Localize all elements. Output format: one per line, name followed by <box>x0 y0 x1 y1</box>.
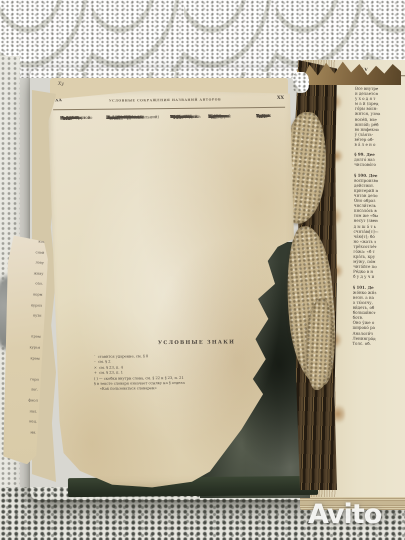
text-line: Толс. об. <box>352 340 404 346</box>
right-page: XXV Все внутреи делаетсяу х о д я тм а й… <box>351 68 405 505</box>
signs-title: УСЛОВНЫЕ ЗНАКИ <box>122 339 272 347</box>
page-number-right: XX <box>277 96 284 101</box>
text-line: Шуйск <box>256 113 270 118</box>
photo-old-book-on-lace: XXV Все внутреи делаетсяу х о д я тм а й… <box>0 0 405 540</box>
left-page-header: XX УСЛОВНЫЕ СОКРАЩЕНИЯ НАЗВАНИЙ АВТОРОВ … <box>55 96 285 106</box>
text-line: Смирново <box>60 115 81 120</box>
text-line: Юрьев <box>208 113 222 118</box>
text-line: Шарьино <box>170 114 189 119</box>
header-rule <box>53 107 285 110</box>
text-line: Рижско-Коряжма <box>106 114 143 119</box>
text-line: мя. <box>0 426 40 438</box>
lace-peek-through <box>292 72 309 93</box>
right-page-text: Все внутреи делаетсяу х о д я тм а й (пр… <box>352 86 405 346</box>
page-behind-label: Ху <box>58 82 64 87</box>
running-title: УСЛОВНЫЕ СОКРАЩЕНИЯ НАЗВАНИЙ АВТОРОВ <box>109 97 279 103</box>
avito-watermark: Avito <box>308 499 381 530</box>
